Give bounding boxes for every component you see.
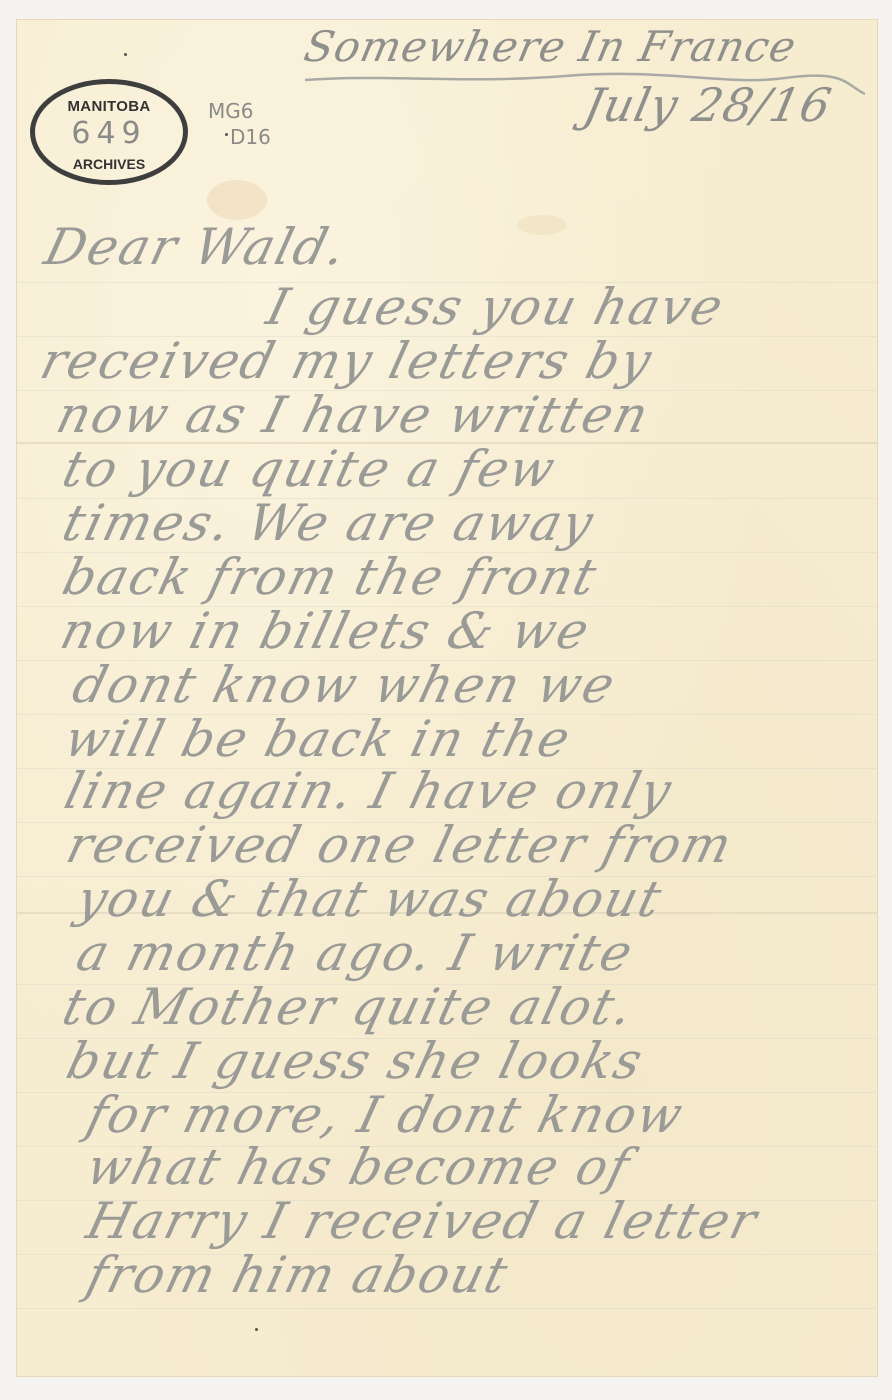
paper-speck	[255, 1328, 258, 1331]
letter-line: line again. I have only	[60, 766, 678, 816]
letter-line: received my letters by	[36, 336, 658, 386]
call-number: MG6 D16	[208, 98, 271, 150]
letter-line: back from the front	[58, 552, 603, 602]
paper-stain	[207, 180, 267, 220]
letter-line: from him about	[82, 1250, 514, 1300]
letter-line: to Mother quite alot.	[58, 982, 639, 1032]
salutation: Dear Wald.	[40, 222, 352, 272]
archive-stamp: MANITOBA 649 ARCHIVES	[30, 79, 188, 185]
letter-line: Harry I received a letter	[82, 1196, 763, 1246]
stamp-bottom-text: ARCHIVES	[35, 156, 183, 172]
ruled-line	[17, 1308, 877, 1309]
letter-line: will be back in the	[60, 714, 577, 764]
letter-place: Somewhere In France	[300, 22, 801, 71]
letter-line: times. We are away	[58, 498, 600, 548]
letter-line: received one letter from	[62, 820, 738, 870]
letter-line: you & that was about	[72, 874, 668, 924]
letter-line: a month ago. I write	[72, 928, 639, 978]
letter-date: July 28/16	[579, 78, 836, 132]
call-number-line2: D16	[208, 124, 271, 150]
stamp-number: 649	[35, 116, 183, 151]
letter-line: but I guess she looks	[62, 1036, 649, 1086]
letter-line: dont know when we	[68, 660, 621, 710]
letter-line: for more, I dont know	[82, 1090, 689, 1140]
stamp-top-text: MANITOBA	[35, 98, 183, 115]
letter-line: to you quite a few	[58, 444, 561, 494]
letter-line: now as I have written	[52, 390, 655, 440]
paper-stain	[517, 215, 567, 235]
paper-speck	[124, 53, 127, 56]
call-number-line1: MG6	[208, 98, 271, 124]
letter-line: now in billets & we	[56, 606, 596, 656]
letter-line: what has become of	[82, 1142, 636, 1192]
letter-line: I guess you have	[262, 282, 729, 332]
